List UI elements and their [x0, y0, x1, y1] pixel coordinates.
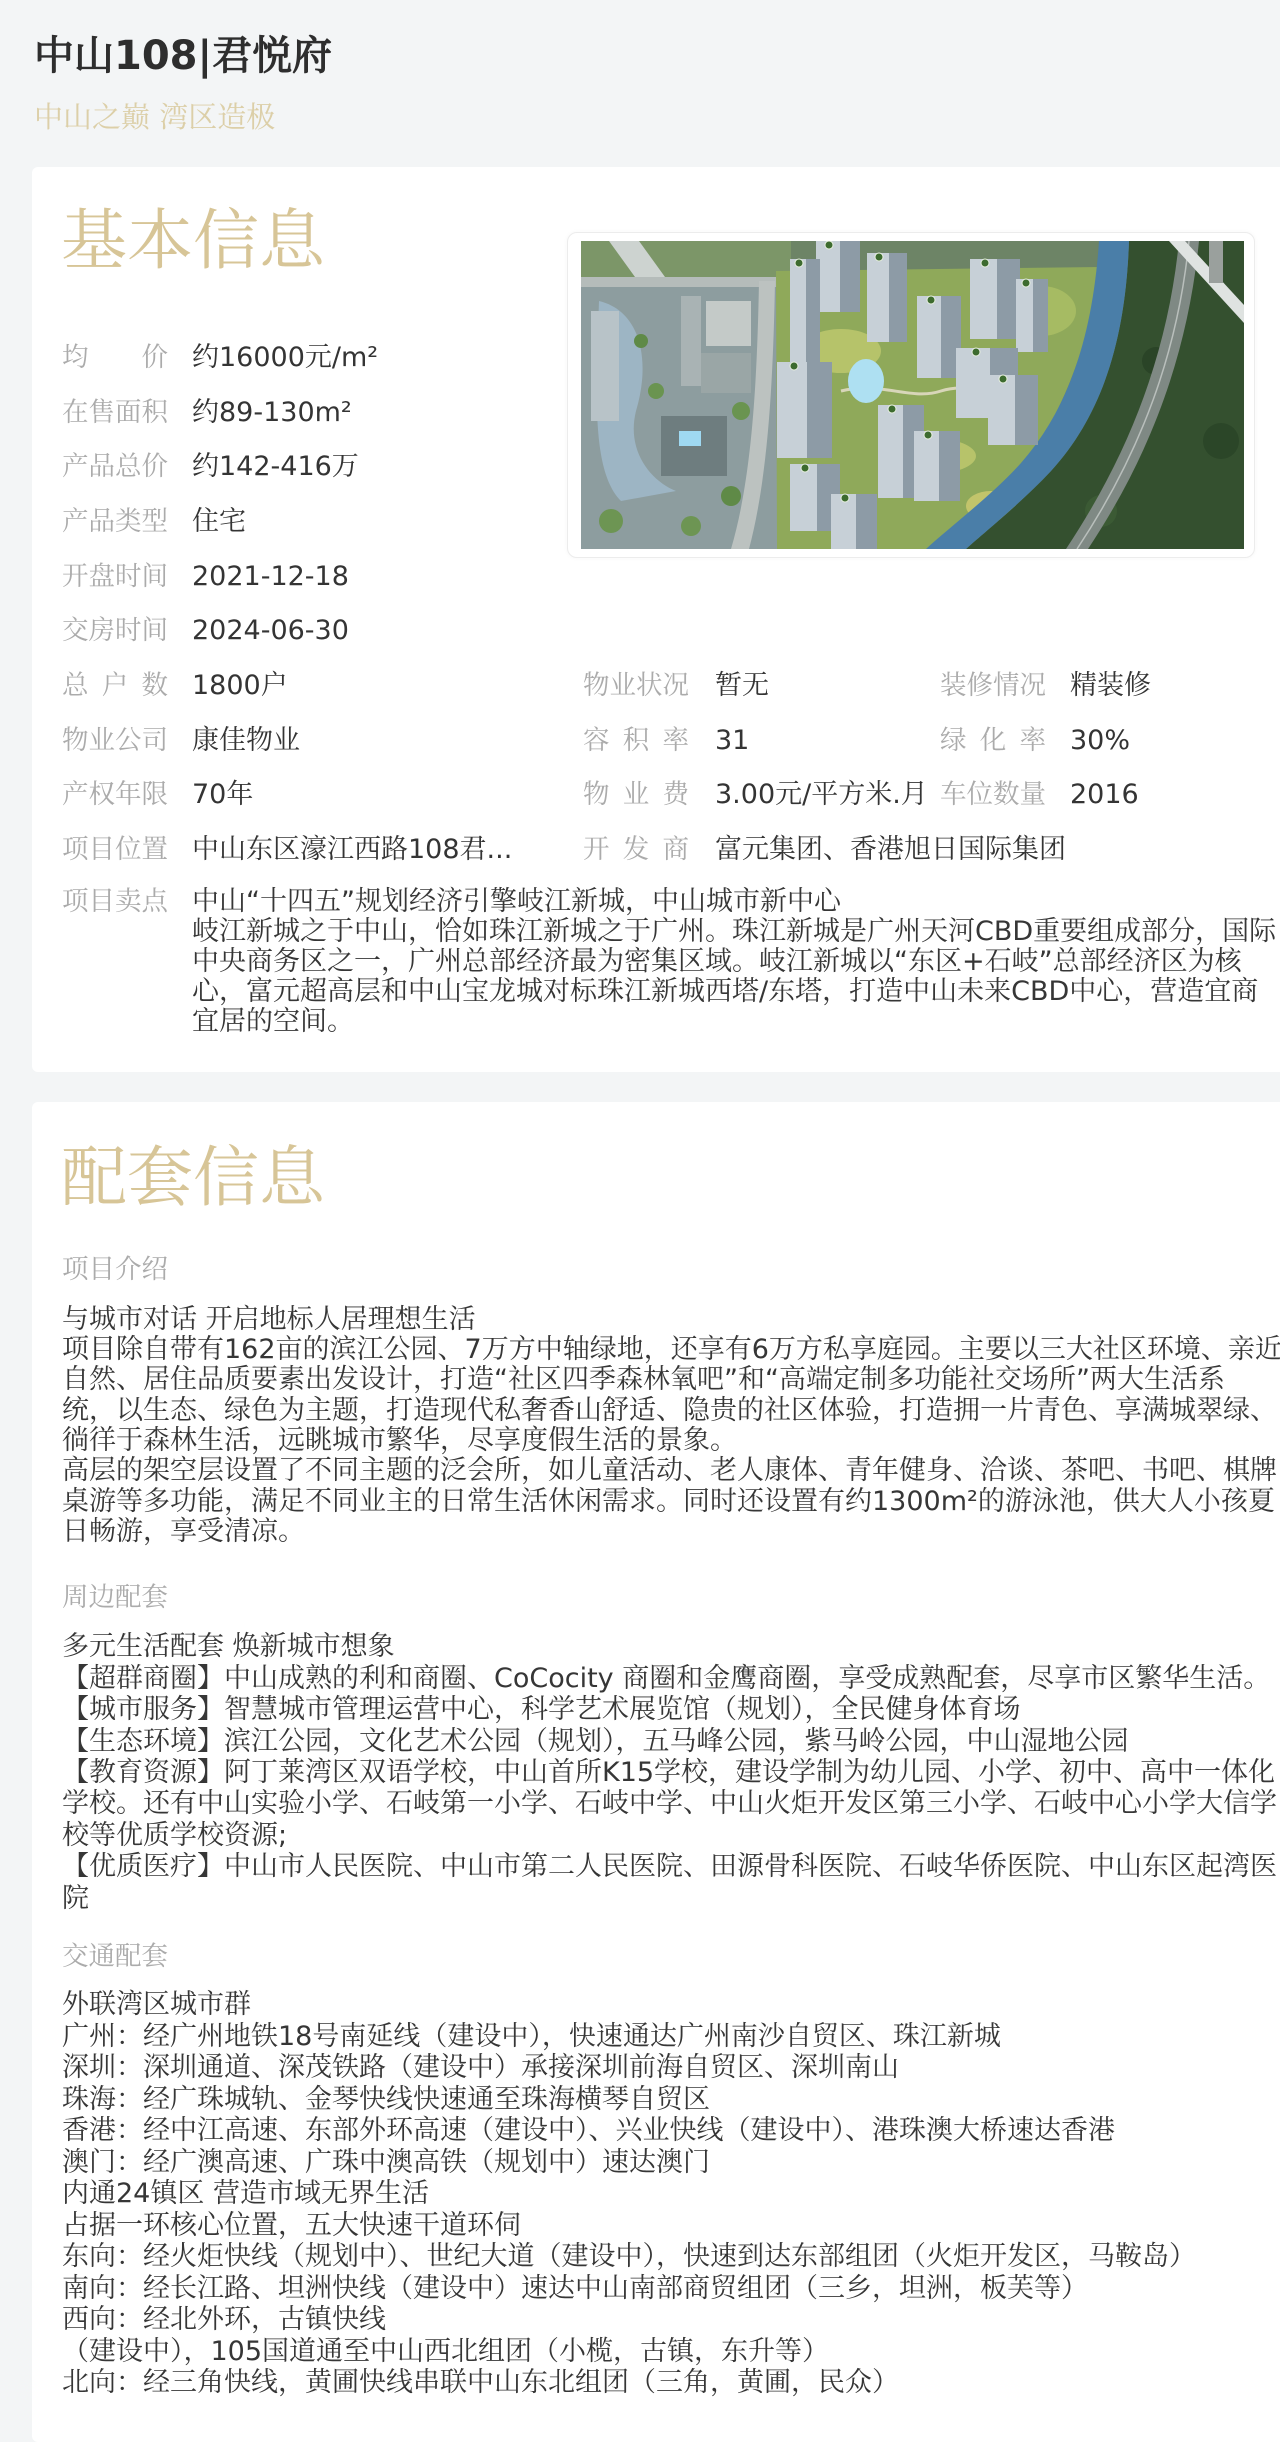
field-label: 项目卖点 — [62, 887, 168, 917]
text-line: 学校。还有中山实验小学、石岐第一小学、石岐中学、中山火炬开发区第三小学、石岐中心… — [62, 1788, 1277, 1819]
field-label: 项目位置 — [62, 834, 168, 866]
text-line: 【超群商圈】中山成熟的利和商圈、CoCocity 商圈和金鹰商圈，享受成熟配套，… — [62, 1663, 1277, 1694]
subsection-label-project-intro: 项目介绍 — [62, 1253, 168, 1287]
field-value: 约16000元/m² — [192, 342, 378, 374]
field-greening-rate: 绿化率 30% — [940, 713, 1151, 768]
text-line: 珠海：经广珠城轨、金琴快线快速通至珠海横琴自贸区 — [62, 2084, 1277, 2116]
field-value: 暂无 — [715, 670, 769, 702]
field-product-type: 产品类型 住宅 — [62, 495, 512, 550]
field-total-households: 总户数 1800户 — [62, 659, 512, 714]
project-photo-frame[interactable] — [567, 232, 1255, 558]
field-value: 30% — [1070, 725, 1130, 757]
text-line: 校等优质学校资源; — [62, 1820, 1277, 1851]
project-title: 中山108|君悦府 — [34, 34, 332, 78]
subsection-label-surroundings: 周边配套 — [62, 1581, 168, 1615]
field-label: 绿化率 — [940, 725, 1046, 757]
field-delivery-date: 交房时间 2024-06-30 — [62, 604, 512, 659]
text-line: 院 — [62, 1883, 1277, 1914]
text-line: 中央商务区之一，广州总部经济最为密集区域。岐江新城以“东区+石岐”总部经济区为核 — [192, 947, 1280, 977]
field-developer: 开发商 富元集团、香港旭日国际集团 — [583, 823, 1066, 878]
text-line: 心，富元超高层和中山宝龙城对标珠江新城西塔/东塔，打造中山未来CBD中心，营造宜… — [192, 977, 1280, 1007]
field-value: 住宅 — [192, 506, 246, 538]
text-line: 澳门：经广澳高速、广珠中澳高铁（规划中）速达澳门 — [62, 2147, 1277, 2179]
field-opening-date: 开盘时间 2021-12-18 — [62, 549, 512, 604]
text-line: 深圳：深圳通道、深茂铁路（建设中）承接深圳前海自贸区、深圳南山 — [62, 2052, 1277, 2084]
field-label: 产权年限 — [62, 779, 168, 811]
text-line: 【优质医疗】中山市人民医院、中山市第二人民医院、田源骨科医院、石岐华侨医院、中山… — [62, 1851, 1277, 1882]
field-label: 产品类型 — [62, 506, 168, 538]
text-line: 自然、居住品质要素出发设计，打造“社区四季森林氧吧”和“高端定制多功能社交场所”… — [62, 1365, 1277, 1395]
text-line: 占据一环核心位置，五大快速干道环伺 — [62, 2210, 1277, 2242]
field-value: 2016 — [1070, 779, 1139, 811]
basic-info-right-column: 装修情况 精装修 绿化率 30% 车位数量 2016 — [940, 659, 1151, 823]
field-label: 物业状况 — [583, 670, 689, 702]
text-line: 外联湾区城市群 — [62, 1989, 1277, 2021]
facilities-card: 配套信息 项目介绍 与城市对话 开启地标人居理想生活 项目除自带有162亩的滨江… — [32, 1102, 1280, 2442]
field-value: 富元集团、香港旭日国际集团 — [715, 834, 1066, 866]
field-value: 约142-416万 — [192, 451, 359, 483]
text-line: 项目除自带有162亩的滨江公园、7万方中轴绿地，还享有6万方私享庭园。主要以三大… — [62, 1335, 1277, 1365]
text-line: 与城市对话 开启地标人居理想生活 — [62, 1305, 1277, 1335]
text-line: 多元生活配套 焕新城市想象 — [62, 1631, 1277, 1662]
field-value-location[interactable]: 中山东区濠江西路108君... — [192, 834, 512, 866]
text-line: 东向：经火炬快线（规划中）、世纪大道（建设中），快速到达东部组团（火炬开发区，马… — [62, 2241, 1277, 2273]
field-decoration: 装修情况 精装修 — [940, 659, 1151, 714]
text-line: 徜徉于森林生活，远眺城市繁华，尽享度假生活的景象。 — [62, 1426, 1277, 1456]
project-intro-text: 与城市对话 开启地标人居理想生活 项目除自带有162亩的滨江公园、7万方中轴绿地… — [62, 1305, 1277, 1547]
field-label: 开发商 — [583, 834, 689, 866]
aerial-rendering-image — [581, 241, 1244, 549]
text-line: 北向：经三角快线，黄圃快线串联中山东北组团（三角，黄圃，民众） — [62, 2367, 1277, 2399]
project-slogan: 中山之巅 湾区造极 — [34, 100, 275, 134]
text-line: 南向：经长江路、坦洲快线（建设中）速达中山南部商贸组团（三乡，坦洲，板芙等） — [62, 2273, 1277, 2305]
field-label: 容积率 — [583, 725, 689, 757]
text-line: 高层的架空层设置了不同主题的泛会所，如儿童活动、老人康体、青年健身、洽谈、茶吧、… — [62, 1456, 1277, 1486]
field-label: 装修情况 — [940, 670, 1046, 702]
text-line: 【教育资源】阿丁莱湾区双语学校，中山首所K15学校，建设学制为幼儿园、小学、初中… — [62, 1757, 1277, 1788]
field-value: 2024-06-30 — [192, 615, 349, 647]
text-line: 中山“十四五”规划经济引擎岐江新城，中山城市新中心 — [192, 887, 1280, 917]
field-sale-area: 在售面积 约89-130m² — [62, 385, 512, 440]
field-parking-spaces: 车位数量 2016 — [940, 768, 1151, 823]
text-line: 宜居的空间。 — [192, 1007, 1280, 1037]
field-value: 1800户 — [192, 670, 288, 702]
page: 中山108|君悦府 中山之巅 湾区造极 基本信息 — [0, 0, 1280, 2442]
selling-points-text: 中山“十四五”规划经济引擎岐江新城，中山城市新中心 岐江新城之于中山，恰如珠江新… — [192, 887, 1280, 1037]
field-property-term: 产权年限 70年 — [62, 768, 512, 823]
field-label: 产品总价 — [62, 451, 168, 483]
text-line: 日畅游，享受清凉。 — [62, 1517, 1277, 1547]
text-line: 桌游等多功能，满足不同业主的日常生活休闲需求。同时还设置有约1300m²的游泳池… — [62, 1487, 1277, 1517]
field-value: 约89-130m² — [192, 397, 352, 429]
field-value: 康佳物业 — [192, 725, 300, 757]
field-project-location[interactable]: 项目位置 中山东区濠江西路108君... — [62, 823, 512, 878]
field-value: 精装修 — [1070, 670, 1151, 702]
text-line: 岐江新城之于中山，恰如珠江新城之于广州。珠江新城是广州天河CBD重要组成部分，国… — [192, 917, 1280, 947]
field-property-company: 物业公司 康佳物业 — [62, 713, 512, 768]
surroundings-text: 多元生活配套 焕新城市想象 【超群商圈】中山成熟的利和商圈、CoCocity 商… — [62, 1631, 1277, 1914]
field-label: 物业费 — [583, 779, 689, 811]
text-line: 【城市服务】智慧城市管理运营中心，科学艺术展览馆（规划），全民健身体育场 — [62, 1694, 1277, 1725]
field-value: 31 — [715, 725, 749, 757]
field-label: 均价 — [62, 342, 168, 374]
text-line: （建设中），105国道通至中山西北组团（小榄，古镇，东升等） — [62, 2336, 1277, 2368]
field-label: 开盘时间 — [62, 561, 168, 593]
field-total-price: 产品总价 约142-416万 — [62, 440, 512, 495]
field-label: 在售面积 — [62, 397, 168, 429]
text-line: 香港：经中江高速、东部外环高速（建设中）、兴业快线（建设中）、港珠澳大桥速达香港 — [62, 2115, 1277, 2147]
transportation-text: 外联湾区城市群 广州：经广州地铁18号南延线（建设中），快速通达广州南沙自贸区、… — [62, 1989, 1277, 2399]
text-line: 广州：经广州地铁18号南延线（建设中），快速通达广州南沙自贸区、珠江新城 — [62, 2021, 1277, 2053]
section-title-facilities: 配套信息 — [61, 1142, 325, 1214]
text-line: 统，以生态、绿色为主题，打造现代私奢香山舒适、隐贵的社区体验，打造拥一片青色、享… — [62, 1396, 1277, 1426]
field-value: 2021-12-18 — [192, 561, 349, 593]
field-label: 交房时间 — [62, 615, 168, 647]
text-line: 西向：经北外环，古镇快线 — [62, 2304, 1277, 2336]
basic-info-left-column: 均价 约16000元/m² 在售面积 约89-130m² 产品总价 约142-4… — [62, 331, 512, 878]
field-value: 3.00元/平方米.月 — [715, 779, 928, 811]
basic-info-card: 基本信息 — [32, 167, 1280, 1072]
text-line: 【生态环境】滨江公园，文化艺术公园（规划），五马峰公园，紫马岭公园，中山湿地公园 — [62, 1726, 1277, 1757]
text-line: 内通24镇区 营造市域无界生活 — [62, 2178, 1277, 2210]
field-average-price: 均价 约16000元/m² — [62, 331, 512, 386]
field-value: 70年 — [192, 779, 253, 811]
section-title-basic-info: 基本信息 — [61, 205, 325, 277]
field-label: 总户数 — [62, 670, 168, 702]
subsection-label-transportation: 交通配套 — [62, 1940, 168, 1974]
field-label: 物业公司 — [62, 725, 168, 757]
field-label: 车位数量 — [940, 779, 1046, 811]
